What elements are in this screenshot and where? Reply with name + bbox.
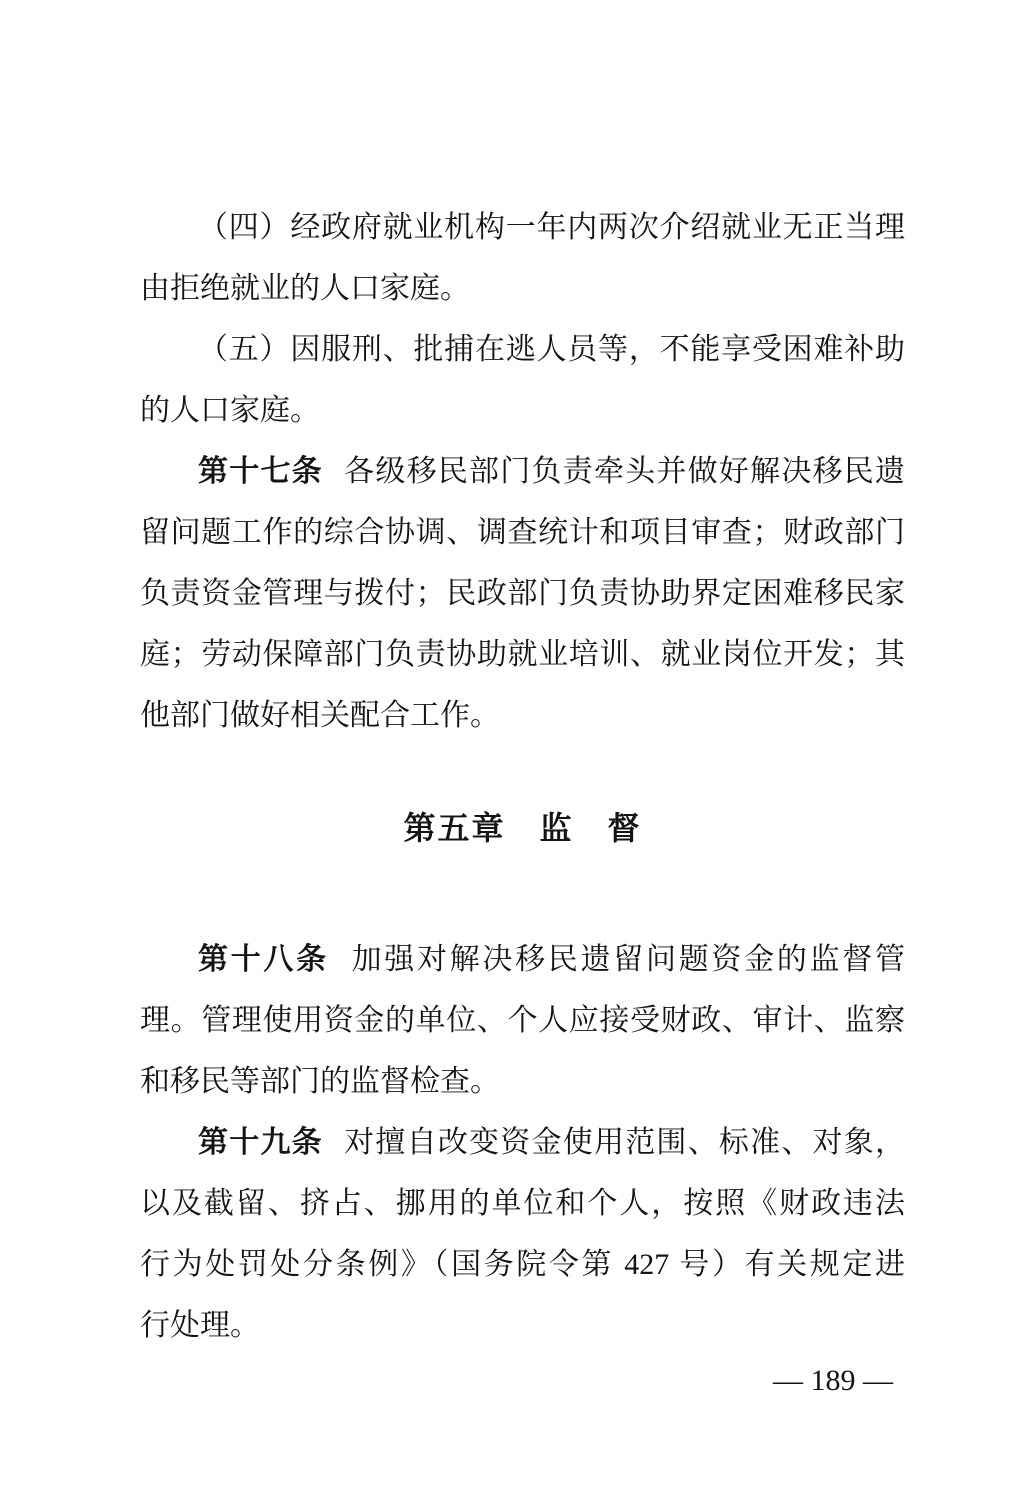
article-17-line-4: 庭；劳动保障部门负责协助就业培训、就业岗位开发；其	[140, 624, 905, 685]
article-19-line-3: 行为处罚处分条例》（国务院令第 427 号）有关规定进	[140, 1234, 905, 1295]
article-18-number: 第十八条	[198, 943, 329, 976]
article-18-line-1: 第十八条加强对解决移民遗留问题资金的监督管	[140, 929, 905, 990]
article-19-line-4: 行处理。	[140, 1295, 905, 1356]
article-17-line-2: 留问题工作的综合协调、调查统计和项目审查；财政部门	[140, 502, 905, 563]
item-five-line-2: 的人口家庭。	[140, 380, 905, 441]
document-page: （四）经政府就业机构一年内两次介绍就业无正当理 由拒绝就业的人口家庭。 （五）因…	[0, 0, 1027, 1488]
item-four-line-1: （四）经政府就业机构一年内两次介绍就业无正当理	[140, 197, 905, 258]
article-18-line-3: 和移民等部门的监督检查。	[140, 1051, 905, 1112]
article-17-line-3: 负责资金管理与拨付；民政部门负责协助界定困难移民家	[140, 563, 905, 624]
article-17-line-1: 第十七条各级移民部门负责牵头并做好解决移民遗	[140, 441, 905, 502]
page-number: — 189 —	[140, 1356, 905, 1417]
item-five-line-1: （五）因服刑、批捕在逃人员等，不能享受困难补助	[140, 319, 905, 380]
article-18-line-1-text: 加强对解决移民遗留问题资金的监督管	[349, 943, 905, 976]
chapter-heading: 第五章 监 督	[140, 798, 905, 859]
item-four-line-2: 由拒绝就业的人口家庭。	[140, 258, 905, 319]
document-text-block: （四）经政府就业机构一年内两次介绍就业无正当理 由拒绝就业的人口家庭。 （五）因…	[140, 197, 905, 1417]
article-19-number: 第十九条	[198, 1126, 323, 1159]
article-17-line-5: 他部门做好相关配合工作。	[140, 685, 905, 746]
article-19-line-2: 以及截留、挤占、挪用的单位和个人，按照《财政违法	[140, 1173, 905, 1234]
article-19-line-1: 第十九条对擅自改变资金使用范围、标准、对象，	[140, 1112, 905, 1173]
article-18-line-2: 理。管理使用资金的单位、个人应接受财政、审计、监察	[140, 990, 905, 1051]
article-19-line-1-text: 对擅自改变资金使用范围、标准、对象，	[343, 1126, 905, 1159]
article-17-line-1-text: 各级移民部门负责牵头并做好解决移民遗	[343, 455, 905, 488]
article-17-number: 第十七条	[198, 455, 323, 488]
